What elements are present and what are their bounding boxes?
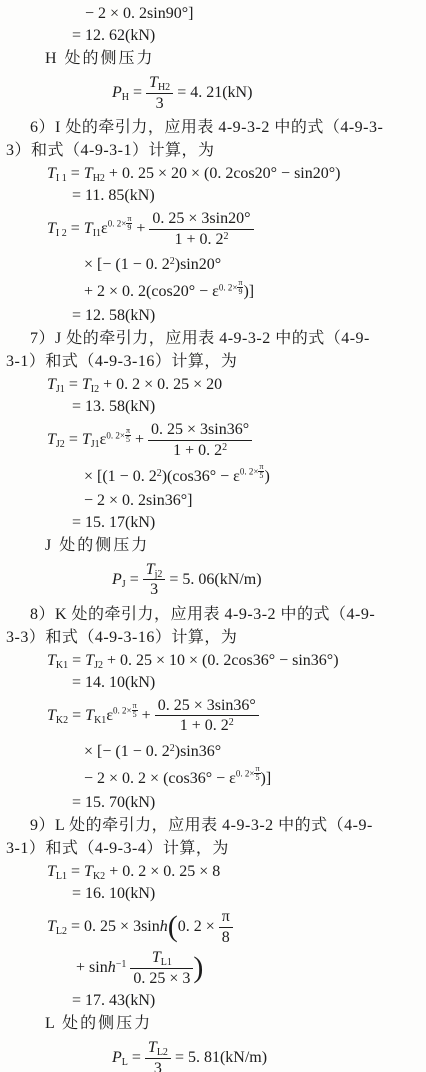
display-formula: PJ = Tj23 = 5. 06(kN/m) [112,561,426,599]
result-line: = 12. 62(kN) [72,25,426,47]
subheading-line: J 处的侧压力 [45,534,426,557]
paragraph-line: 3-1）和式（4-9-3-16）计算，为 [6,350,426,373]
formula-line: TJ1 = TI2 + 0. 2 × 0. 25 × 20 [47,373,426,396]
paragraph-line: 3-3）和式（4-9-3-16）计算，为 [6,626,426,649]
formula-continuation-line: + 2 × 0. 2(cos20° − ε0. 2×π9)] [84,278,426,305]
formula-line: TI 2 = TI1ε0. 2×π9 + 0. 25 × 3sin20°1 + … [47,210,426,248]
paragraph-line: 8）K 处的牵引力，应用表 4-9-3-2 中的式（4-9- [30,603,426,626]
result-line: = 11. 85(kN) [72,185,426,207]
result-line: = 12. 58(kN) [72,305,426,327]
document-page: − 2 × 0. 2sin90°]= 12. 62(kN)H 处的侧压力PH =… [0,0,426,1072]
display-formula: PL = TL23 = 5. 81(kN/m) [112,1039,426,1072]
formula-line: TL1 = TK2 + 0. 2 × 0. 25 × 8 [47,860,426,883]
paragraph-line: 3-1）和式（4-9-3-4）计算，为 [6,837,426,860]
result-line: = 16. 10(kN) [72,883,426,905]
result-line: = 14. 10(kN) [72,672,426,694]
result-line: = 15. 70(kN) [72,792,426,814]
result-line: = 15. 17(kN) [72,512,426,534]
subheading-line: H 处的侧压力 [45,47,426,70]
formula-line: TJ2 = TJ1ε0. 2×π5 + 0. 25 × 3sin36°1 + 0… [47,421,426,459]
paragraph-line: 7）J 处的牵引力，应用表 4-9-3-2 中的式（4-9- [30,327,426,350]
result-line: = 17. 43(kN) [72,990,426,1012]
formula-line: TK1 = TJ2 + 0. 25 × 10 × (0. 2cos36° − s… [47,649,426,672]
formula-continuation-line: + sinh−1 TL10. 25 × 3) [76,949,426,987]
formula-continuation-line: × [− (1 − 0. 22)sin36° [84,738,426,765]
formula-continuation-line: × [(1 − 0. 22)(cos36° − ε0. 2×π5) [84,463,426,490]
formula-line: TK2 = TK1ε0. 2×π5 + 0. 25 × 3sin36°1 + 0… [47,697,426,735]
formula-continuation-line: × [− (1 − 0. 22)sin20° [84,251,426,278]
paragraph-line: 6）I 处的牵引力，应用表 4-9-3-2 中的式（4-9-3- [30,116,426,139]
result-line: = 13. 58(kN) [72,396,426,418]
formula-continuation-line: − 2 × 0. 2sin36°] [84,490,426,512]
paragraph-line: 3）和式（4-9-3-1）计算，为 [6,139,426,162]
formula-line: TI 1 = TH2 + 0. 25 × 20 × (0. 2cos20° − … [47,162,426,185]
formula-continuation-line: − 2 × 0. 2sin90°] [85,3,426,25]
display-formula: PH = TH23 = 4. 21(kN) [112,74,426,112]
paragraph-line: 9）L 处的牵引力，应用表 4-9-3-2 中的式（4-9- [30,814,426,837]
subheading-line: L 处的侧压力 [45,1012,426,1035]
formula-continuation-line: − 2 × 0. 2 × (cos36° − ε0. 2×π5)] [84,765,426,792]
formula-line: TL2 = 0. 25 × 3sinh(0. 2 × π8 [47,908,426,946]
